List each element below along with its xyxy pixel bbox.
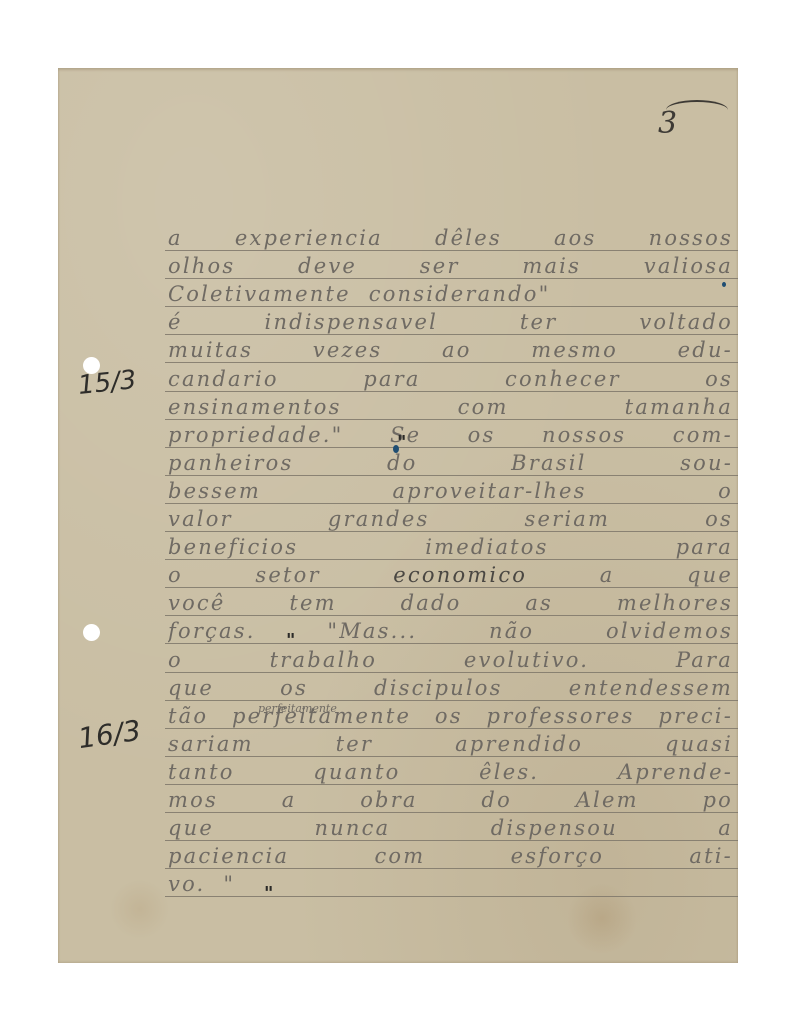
handwritten-word: ser <box>420 253 460 279</box>
handwritten-word: melhores <box>617 590 733 616</box>
handwritten-word: sou- <box>680 450 733 476</box>
handwritten-line: sariamteraprendidoquasi <box>168 731 733 757</box>
manuscript-page: 3 aexperienciadêlesaosnossosolhosdeveser… <box>58 68 738 963</box>
handwritten-word: com- <box>673 422 733 448</box>
handwritten-word: considerando" <box>369 281 551 307</box>
handwritten-word: para <box>363 366 420 392</box>
handwritten-word: bessem <box>168 478 261 504</box>
handwritten-word: que <box>687 562 733 588</box>
handwritten-word: mos <box>168 787 218 813</box>
handwritten-word: ensinamentos <box>168 394 342 420</box>
handwritten-word: a <box>600 562 615 588</box>
handwritten-line: mosaobradoAlempo <box>168 787 733 813</box>
handwritten-word: panheiros <box>168 450 293 476</box>
handwritten-word: Aprende- <box>618 759 733 785</box>
handwritten-line: vocêtemdadoasmelhores <box>168 590 733 616</box>
handwritten-word: com <box>374 843 425 869</box>
handwritten-word: candario <box>168 366 279 392</box>
handwritten-word: com <box>458 394 509 420</box>
handwritten-word: Brasil <box>511 450 586 476</box>
handwritten-word: o <box>168 562 183 588</box>
handwritten-word: ati- <box>689 843 733 869</box>
handwritten-word: nossos <box>649 225 733 251</box>
blue-ink-dot <box>722 282 726 287</box>
handwritten-word: propriedade." <box>168 422 344 448</box>
handwritten-word: que <box>168 815 214 841</box>
handwritten-word: Coletivamente <box>168 281 351 307</box>
handwritten-word: setor <box>255 562 320 588</box>
handwritten-word: do <box>387 450 418 476</box>
handwritten-word: ter <box>520 309 558 335</box>
punch-hole-bottom <box>83 624 100 641</box>
handwritten-word: do <box>481 787 512 813</box>
handwritten-line: propriedade."Seosnossoscom- <box>168 422 733 448</box>
handwritten-word: é <box>168 309 183 335</box>
handwritten-line: forças."Mas...nãoolvidemos <box>168 618 733 644</box>
handwritten-word: os <box>280 675 308 701</box>
handwritten-word: voltado <box>639 309 733 335</box>
handwritten-word: paciencia <box>168 843 289 869</box>
handwritten-line: olhosdevesermaisvaliosa <box>168 253 733 279</box>
handwritten-word: Para <box>676 647 733 673</box>
handwritten-line: beneficiosimediatospara <box>168 534 733 560</box>
margin-date-note: 16/3 <box>76 714 143 755</box>
handwritten-word: a <box>282 787 297 813</box>
handwritten-word: experiencia <box>235 225 383 251</box>
overwritten-word: perfeitamente <box>258 702 337 715</box>
quote-mark: " <box>264 883 273 904</box>
handwritten-word: " <box>223 871 235 897</box>
handwritten-word: os <box>705 366 733 392</box>
handwritten-word: tamanha <box>625 394 733 420</box>
handwritten-word: dado <box>401 590 462 616</box>
handwritten-word: o <box>718 478 733 504</box>
handwritten-word: valiosa <box>644 253 733 279</box>
handwritten-word: forças. <box>168 618 256 644</box>
handwritten-line: valorgrandesseriamos <box>168 506 733 532</box>
handwritten-word: discipulos <box>374 675 503 701</box>
handwritten-word: os <box>468 422 496 448</box>
handwritten-word: os <box>705 506 733 532</box>
handwritten-word: aproveitar-lhes <box>392 478 586 504</box>
handwritten-word: mais <box>522 253 581 279</box>
handwritten-line: muitasvezesaomesmoedu- <box>168 337 733 363</box>
handwritten-word: po <box>702 787 733 813</box>
handwritten-word: a <box>168 225 183 251</box>
page-number: 3 <box>658 106 677 141</box>
handwritten-word: beneficios <box>168 534 298 560</box>
handwritten-word: tanto <box>168 759 235 785</box>
handwritten-word: aprendido <box>455 731 583 757</box>
handwritten-word: preci- <box>658 703 733 729</box>
handwritten-word: olvidemos <box>606 618 733 644</box>
handwritten-line: tãoperfeitamenteosprofessorespreci- <box>168 703 733 729</box>
handwritten-line: pacienciacomesforçoati- <box>168 843 733 869</box>
handwritten-word: vo. <box>168 871 205 897</box>
handwritten-line: candarioparaconheceros <box>168 366 733 392</box>
handwritten-word: a <box>718 815 733 841</box>
handwritten-word: você <box>168 590 226 616</box>
handwritten-line: aexperienciadêlesaosnossos <box>168 225 733 251</box>
handwritten-line: bessemaproveitar-lheso <box>168 478 733 504</box>
handwritten-word: os <box>435 703 463 729</box>
handwritten-word: tão <box>168 703 208 729</box>
handwritten-line: osetoreconomicoaque <box>168 562 733 588</box>
handwritten-line: queosdiscipulosentendessem <box>168 675 733 701</box>
handwritten-word: as <box>525 590 553 616</box>
handwritten-word: o <box>168 647 183 673</box>
handwritten-word: entendessem <box>569 675 733 701</box>
handwritten-word: Alem <box>576 787 639 813</box>
handwritten-word: aos <box>554 225 597 251</box>
handwritten-word: muitas <box>168 337 253 363</box>
handwritten-word: ao <box>442 337 472 363</box>
handwritten-word: vezes <box>313 337 383 363</box>
handwritten-word: deve <box>298 253 357 279</box>
handwritten-word: quasi <box>665 731 733 757</box>
handwritten-word: indispensavel <box>265 309 438 335</box>
handwritten-word: para <box>676 534 733 560</box>
handwritten-word: sariam <box>168 731 254 757</box>
handwritten-word: "Mas... <box>327 618 417 644</box>
handwritten-word: obra <box>360 787 417 813</box>
handwritten-line: éindispensaveltervoltado <box>168 309 733 335</box>
handwritten-word: nunca <box>314 815 390 841</box>
handwritten-word: esforço <box>511 843 604 869</box>
handwritten-word: que <box>168 675 214 701</box>
quote-mark: " <box>286 630 295 651</box>
handwritten-line: vo." <box>168 871 733 897</box>
handwritten-word: não <box>489 618 534 644</box>
handwritten-word: imediatos <box>425 534 548 560</box>
handwritten-word: valor <box>168 506 233 532</box>
handwritten-word: dispensou <box>491 815 618 841</box>
handwritten-word: professores <box>487 703 635 729</box>
handwritten-word: evolutivo. <box>464 647 589 673</box>
handwritten-word: ter <box>336 731 374 757</box>
handwritten-word: quanto <box>313 759 400 785</box>
handwritten-line: quenuncadispensoua <box>168 815 733 841</box>
quote-mark: " <box>397 432 406 453</box>
handwritten-word: êles. <box>479 759 539 785</box>
handwritten-word: economico <box>393 562 527 588</box>
handwritten-line: otrabalhoevolutivo.Para <box>168 647 733 673</box>
handwritten-line: tantoquantoêles.Aprende- <box>168 759 733 785</box>
handwritten-word: olhos <box>168 253 235 279</box>
margin-date-note: 15/3 <box>77 365 138 401</box>
handwritten-word: seriam <box>525 506 611 532</box>
handwritten-word: grandes <box>328 506 430 532</box>
handwritten-word: dêles <box>435 225 502 251</box>
handwritten-word: edu- <box>678 337 733 363</box>
handwritten-line: ensinamentoscomtamanha <box>168 394 733 420</box>
handwritten-word: nossos <box>542 422 626 448</box>
handwritten-line: Coletivamenteconsiderando" <box>168 281 733 307</box>
handwritten-word: conhecer <box>505 366 621 392</box>
handwritten-line: panheirosdoBrasilsou- <box>168 450 733 476</box>
handwritten-word: tem <box>289 590 336 616</box>
handwritten-word: mesmo <box>531 337 618 363</box>
